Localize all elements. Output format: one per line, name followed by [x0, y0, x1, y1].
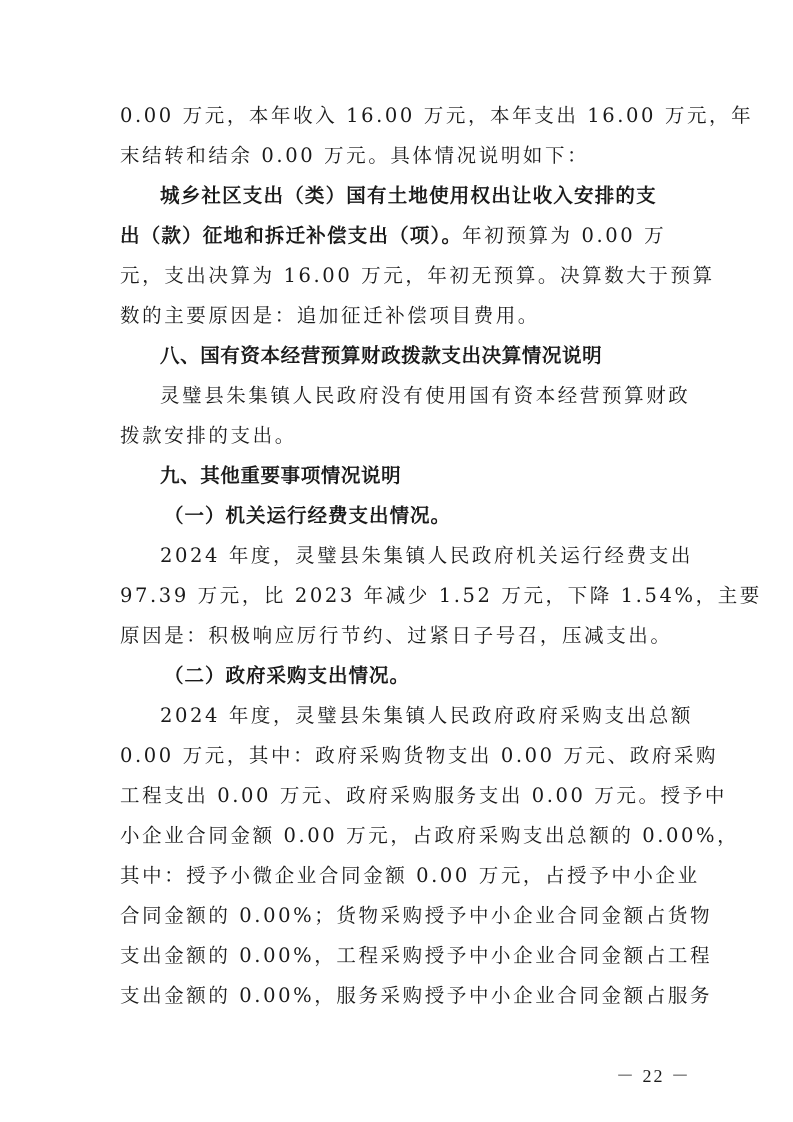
item-heading-land-line2: 出（款）征地和拆迁补偿支出（项）。年初预算为 0.00 万	[120, 216, 674, 256]
text-line: 年初预算为 0.00 万	[462, 224, 666, 247]
text-line: 合同金额的 0.00%；货物采购授予中小企业合同金额占货物	[120, 896, 674, 936]
text-line: 灵璧县朱集镇人民政府没有使用国有资本经营预算财政	[120, 376, 674, 416]
text-line: 工程支出 0.00 万元、政府采购服务支出 0.00 万元。授予中	[120, 776, 674, 816]
text-line: 97.39 万元，比 2023 年减少 1.52 万元，下降 1.54%，主要	[120, 576, 674, 616]
text-line: 数的主要原因是：追加征迁补偿项目费用。	[120, 296, 674, 336]
text-line: 支出金额的 0.00%，服务采购授予中小企业合同金额占服务	[120, 976, 674, 1016]
text-line: 末结转和结余 0.00 万元。具体情况说明如下：	[120, 136, 674, 176]
text-line: 2024 年度，灵璧县朱集镇人民政府机关运行经费支出	[120, 536, 674, 576]
subsection-heading-operating-costs: （一）机关运行经费支出情况。	[120, 496, 674, 536]
text-line: 0.00 万元，其中：政府采购货物支出 0.00 万元、政府采购	[120, 736, 674, 776]
text-line: 支出金额的 0.00%，工程采购授予中小企业合同金额占工程	[120, 936, 674, 976]
page-number: － 22 －	[616, 1062, 691, 1088]
subsection-heading-procurement: （二）政府采购支出情况。	[120, 656, 674, 696]
section-heading-9: 九、其他重要事项情况说明	[120, 456, 674, 496]
text-line: 其中：授予小微企业合同金额 0.00 万元，占授予中小企业	[120, 856, 674, 896]
section-heading-8: 八、国有资本经营预算财政拨款支出决算情况说明	[120, 336, 674, 376]
text-line: 拨款安排的支出。	[120, 416, 674, 456]
text-line: 2024 年度，灵璧县朱集镇人民政府政府采购支出总额	[120, 696, 674, 736]
document-page: 0.00 万元，本年收入 16.00 万元，本年支出 16.00 万元，年 末结…	[120, 96, 674, 1016]
item-heading-land-line1: 城乡社区支出（类）国有土地使用权出让收入安排的支	[120, 176, 674, 216]
text-line: 0.00 万元，本年收入 16.00 万元，本年支出 16.00 万元，年	[120, 96, 674, 136]
text-line: 原因是：积极响应厉行节约、过紧日子号召，压减支出。	[120, 616, 674, 656]
text-line: 小企业合同金额 0.00 万元，占政府采购支出总额的 0.00%，	[120, 816, 674, 856]
text-line: 元，支出决算为 16.00 万元，年初无预算。决算数大于预算	[120, 256, 674, 296]
item-heading-land-bold: 出（款）征地和拆迁补偿支出（项）。	[120, 224, 462, 247]
